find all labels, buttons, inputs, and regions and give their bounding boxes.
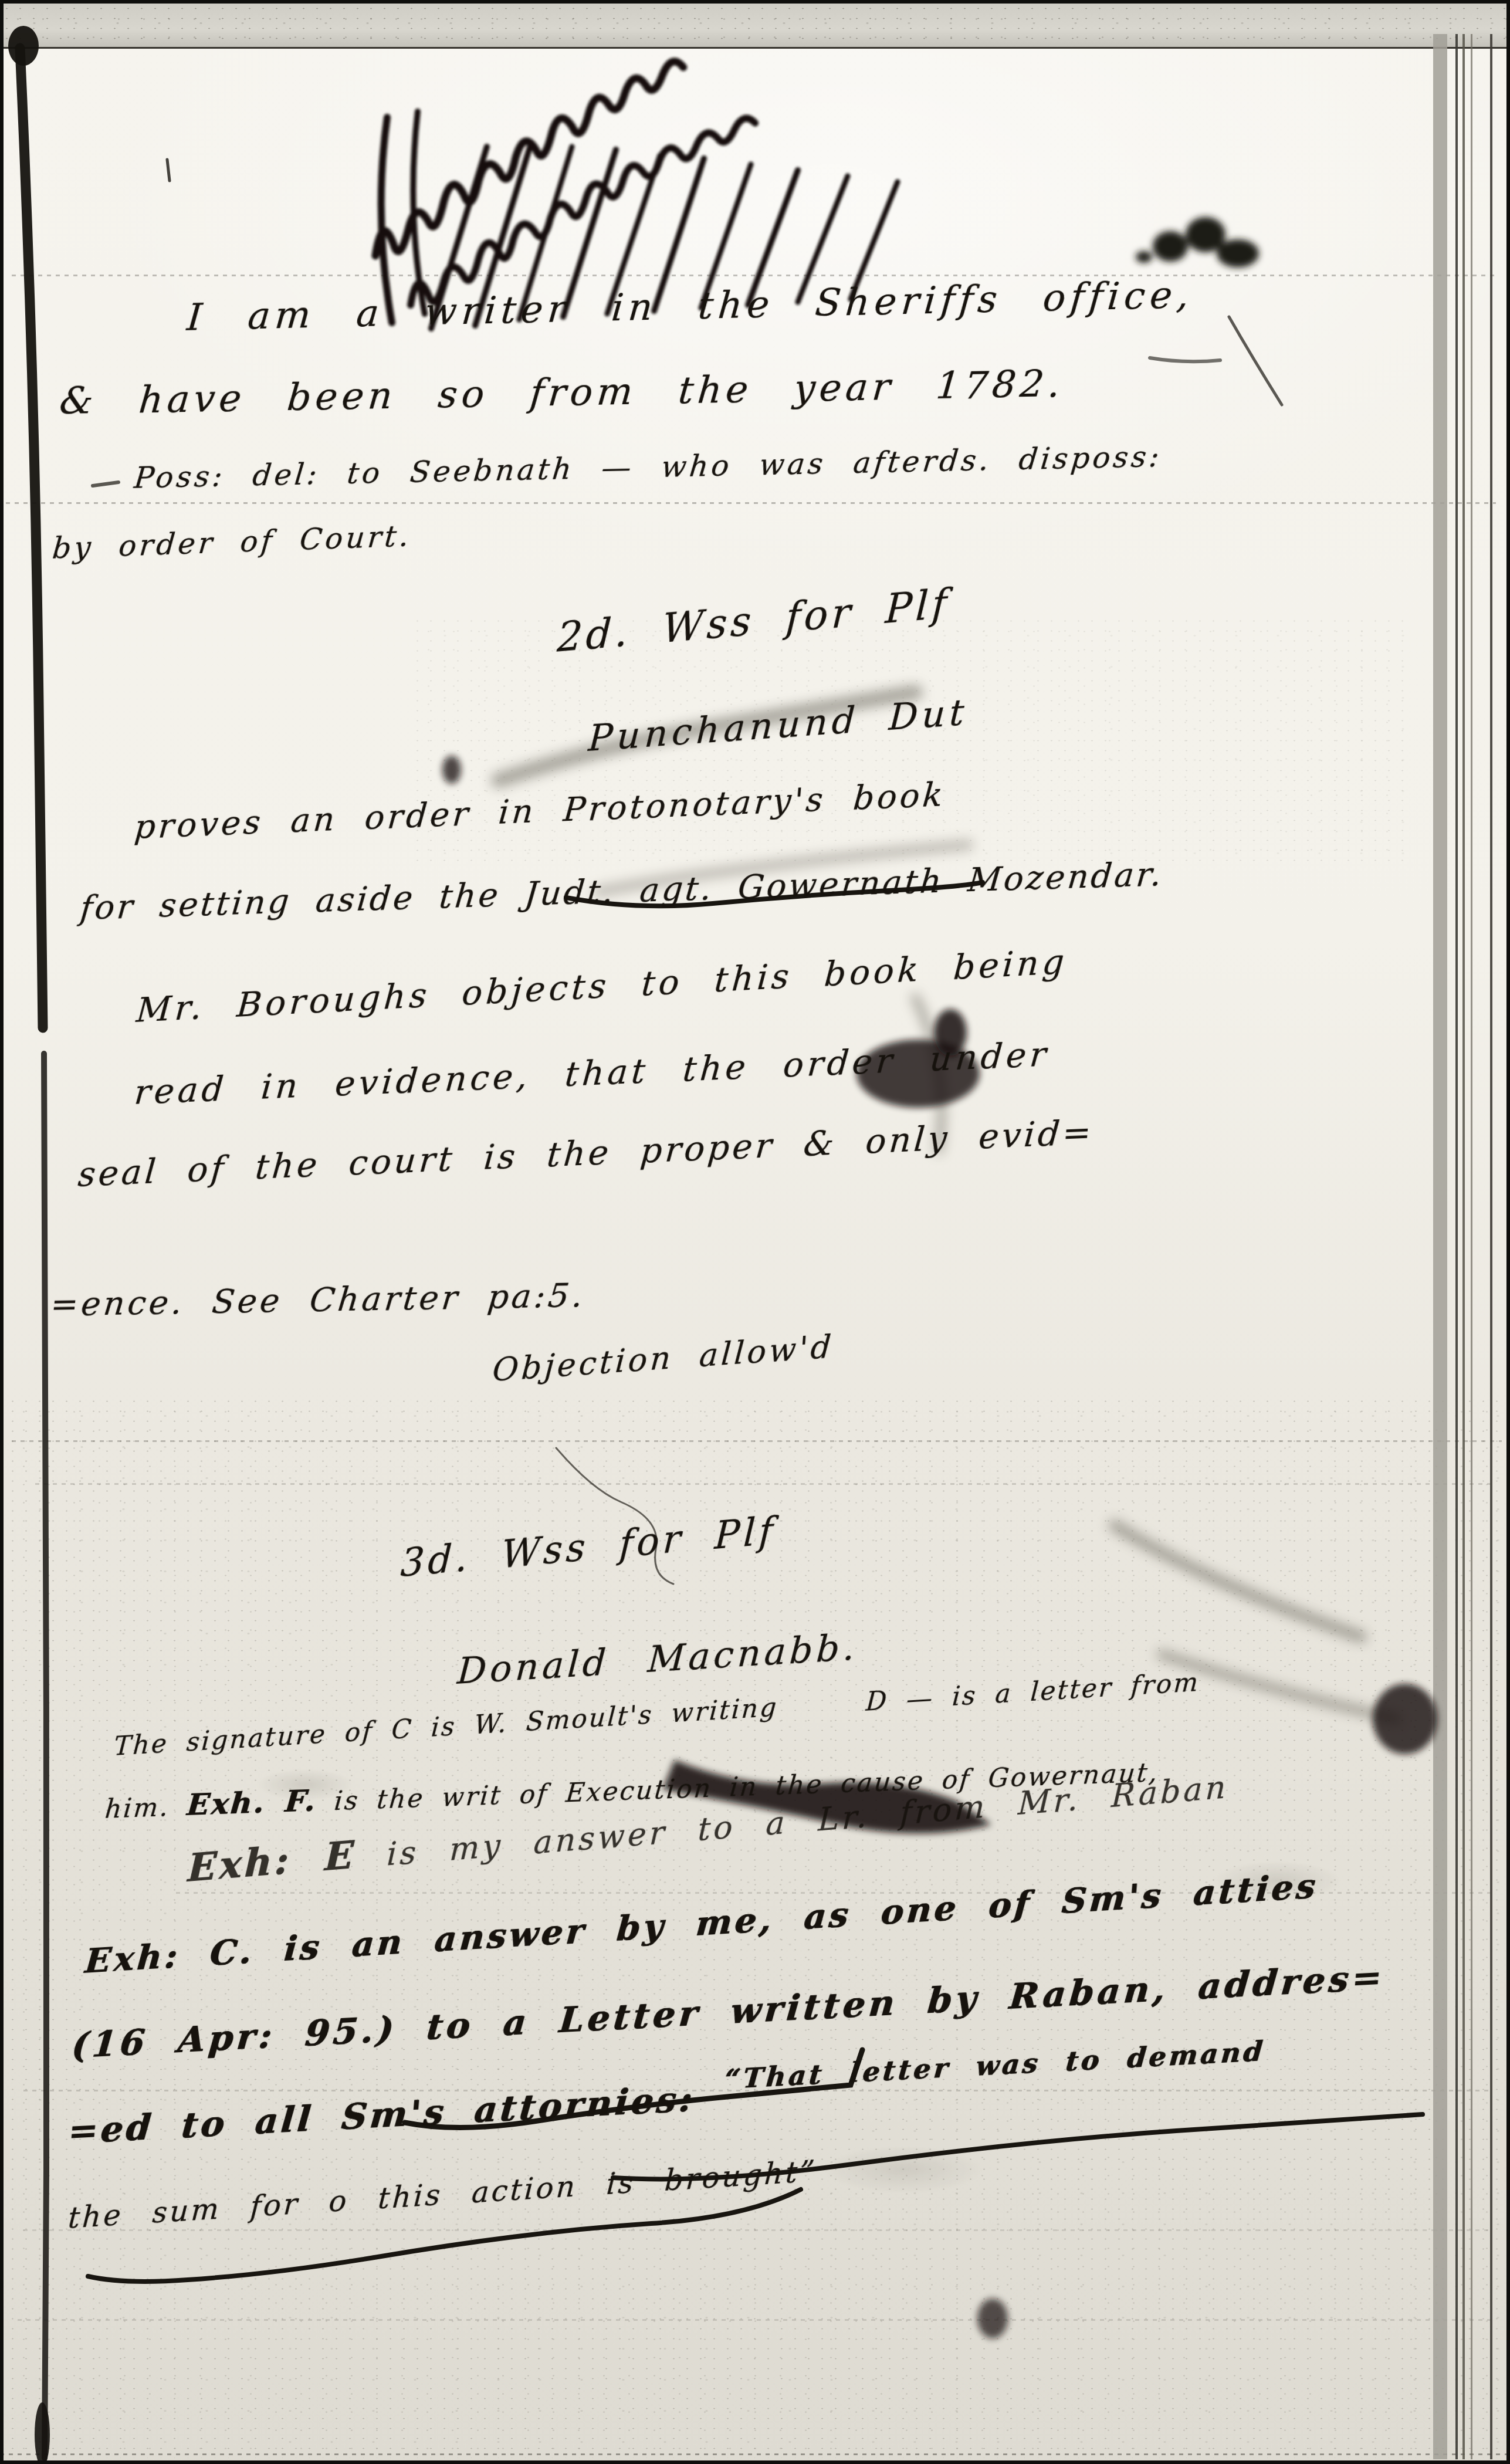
smeared-gap	[777, 1711, 865, 1716]
witness2-testimony-line-1: proves an order in Protonotary's book	[133, 776, 947, 847]
objection-line-3: seal of the court is the proper & only e…	[77, 1112, 1096, 1194]
scan-artifact-line	[12, 1440, 1502, 1442]
exhibit-f-label: Exh. F.	[186, 1783, 319, 1822]
signature-note-line-1: The signature of C is W. Smoult's writin…	[113, 1667, 1201, 1762]
exhibit-c-line-4: the sum for o this action is brought”	[67, 2154, 818, 2236]
exhibit-e-label: Exh: E	[187, 1833, 357, 1891]
opening-line-2: & have been so from the year 1782.	[58, 363, 1067, 424]
underlined-phrase: Protonotary's book	[562, 776, 947, 829]
scan-artifact-line	[6, 502, 1496, 504]
attornies-text: =ed to all Sm's attornies:	[67, 2077, 725, 2152]
page-edge-line	[1462, 34, 1465, 2459]
signature-text-continued: D — is a letter from	[865, 1667, 1200, 1717]
page-edge-band	[1433, 34, 1447, 2459]
scan-artifact-line	[0, 2453, 1510, 2455]
corner-blot-region	[1138, 217, 1267, 282]
possession-note-line-2: by order of Court.	[51, 519, 413, 566]
possession-note-line-1: Poss: del: to Seebnath — who was afterds…	[133, 439, 1164, 495]
testimony-text: proves an order in	[133, 791, 566, 847]
scan-artifact-line	[23, 2229, 1490, 2231]
book-spine-line	[8, 26, 50, 2464]
donald-smear-region	[669, 1737, 974, 1825]
objection-line-4: =ence. See Charter pa:5.	[49, 1277, 587, 1324]
ruling-line: Objection allow'd	[492, 1328, 835, 1389]
page-edge-line	[1455, 34, 1458, 2459]
witness2-testimony-line-2: for setting aside the Judt. agt. Gowerna…	[79, 855, 1165, 928]
witness2-name: Punchanund Dut	[587, 691, 969, 760]
witness3-name: Donald Macnabb.	[456, 1625, 860, 1693]
page-edge-line	[1490, 34, 1492, 2459]
exhibit-c-line-3: =ed to all Sm's attornies: “That letter …	[67, 2048, 1266, 2152]
scan-artifact-line	[35, 1483, 1490, 1485]
scan-top-band	[0, 4, 1510, 49]
objection-line-1: Mr. Boroughs objects to this book being	[135, 942, 1069, 1031]
struck-docket-region	[358, 106, 944, 329]
witness2-heading: 2d. Wss for Plf	[556, 580, 952, 661]
quoted-phrase: “That letter was to demand	[723, 2035, 1267, 2096]
writing-smear-region	[856, 1038, 986, 1115]
manuscript-page: I am a writer in the Sheriffs office, & …	[0, 0, 1510, 2464]
witness3-heading: 3d. Wss for Plf	[399, 1509, 777, 1586]
page-edge-line	[1471, 34, 1472, 2459]
scan-artifact-line	[18, 2319, 1490, 2321]
signature-text: him.	[104, 1792, 189, 1825]
